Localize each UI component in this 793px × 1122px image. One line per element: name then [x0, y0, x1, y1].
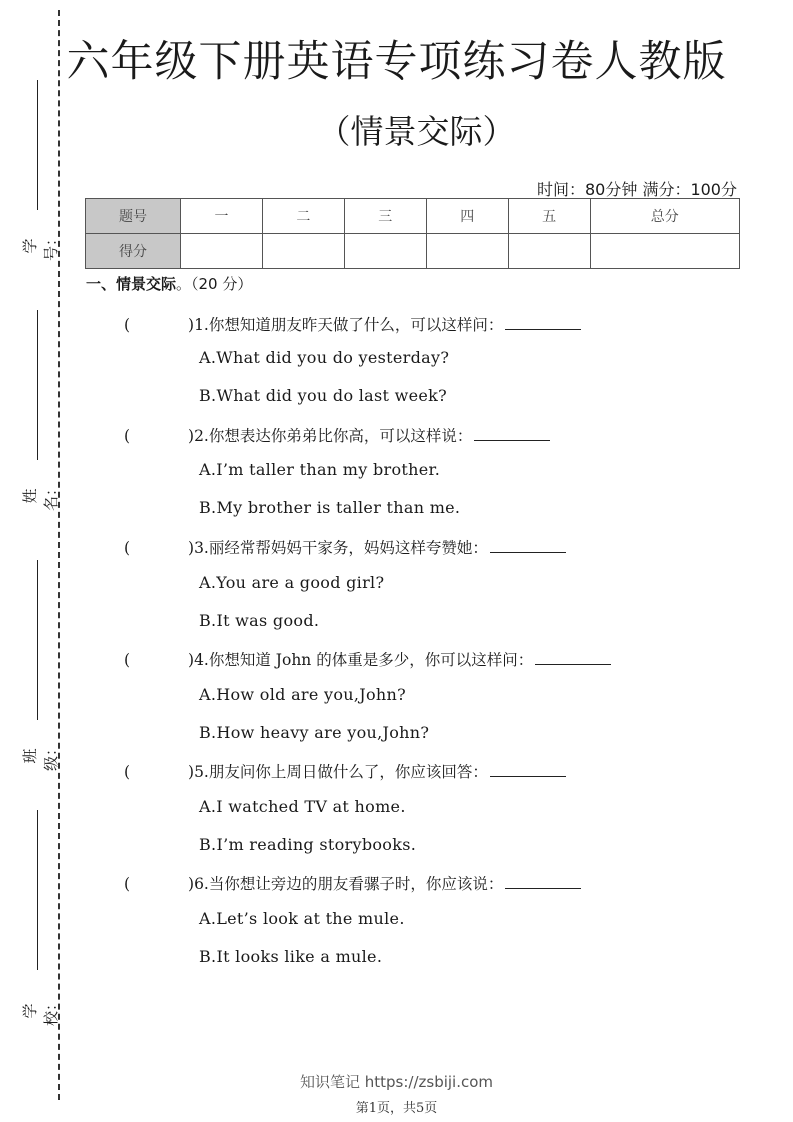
table-row: 题号 一 二 三 四 五 总分: [86, 199, 740, 234]
row-header: 题号: [86, 199, 181, 234]
page-subtitle: （情景交际）: [0, 106, 793, 153]
answer-blank[interactable]: [490, 775, 566, 777]
exam-meta: 时间：80分钟 满分：100分: [537, 177, 737, 200]
option-a: A.You are a good girl?: [199, 573, 384, 592]
option-b: B.How heavy are you,John?: [199, 723, 429, 742]
question-text: 1.你想知道朋友昨天做了什么，可以这样问：: [194, 316, 503, 334]
class-line: [37, 560, 38, 720]
option-a: A.How old are you,John?: [199, 685, 406, 704]
name-label: 姓名：: [19, 476, 61, 516]
page-number: 第1页，共5页: [0, 1097, 793, 1116]
option-b: B.What did you do last week?: [199, 386, 447, 405]
cut-line: [58, 10, 60, 1100]
question-6: ()6.当你想让旁边的朋友看骡子时，你应该说：: [124, 872, 581, 894]
section-heading: 一、情景交际。（20 分）: [86, 273, 252, 294]
column-header: 一: [181, 199, 263, 234]
column-header: 四: [426, 199, 508, 234]
answer-bracket[interactable]: (: [124, 651, 188, 669]
score-cell[interactable]: [426, 234, 508, 269]
answer-bracket[interactable]: (: [124, 539, 188, 557]
answer-bracket[interactable]: (: [124, 763, 188, 781]
school-line: [37, 810, 38, 970]
answer-blank[interactable]: [490, 551, 566, 553]
score-cell[interactable]: [590, 234, 739, 269]
answer-blank[interactable]: [535, 663, 611, 665]
watermark: 知识笔记 https://zsbiji.com: [0, 1071, 793, 1092]
section-points: 。（20 分）: [176, 275, 252, 293]
question-text: 4.你想知道 John 的体重是多少，你可以这样问：: [194, 651, 533, 669]
page-title: 六年级下册英语专项练习卷人教版: [0, 28, 793, 89]
answer-bracket[interactable]: (: [124, 875, 188, 893]
question-2: ()2.你想表达你弟弟比你高，可以这样说：: [124, 424, 550, 446]
question-4: ()4.你想知道 John 的体重是多少，你可以这样问：: [124, 648, 611, 670]
score-cell[interactable]: [262, 234, 344, 269]
name-line: [37, 310, 38, 460]
answer-blank[interactable]: [474, 439, 550, 441]
option-b: B.My brother is taller than me.: [199, 498, 460, 517]
table-row: 得分: [86, 234, 740, 269]
answer-bracket[interactable]: (: [124, 316, 188, 334]
option-a: A.I’m taller than my brother.: [199, 460, 440, 479]
option-b: B.It looks like a mule.: [199, 947, 382, 966]
option-a: A.Let’s look at the mule.: [199, 909, 405, 928]
section-title: 一、情景交际: [86, 275, 176, 293]
class-label: 班级：: [19, 736, 61, 776]
question-text: 6.当你想让旁边的朋友看骡子时，你应该说：: [194, 875, 503, 893]
option-b: B.It was good.: [199, 611, 319, 630]
column-header: 二: [262, 199, 344, 234]
question-5: ()5.朋友问你上周日做什么了，你应该回答：: [124, 760, 566, 782]
score-table: 题号 一 二 三 四 五 总分 得分: [85, 198, 740, 269]
answer-blank[interactable]: [505, 328, 581, 330]
question-text: 3.丽经常帮妈妈干家务，妈妈这样夸赞她：: [194, 539, 488, 557]
question-3: ()3.丽经常帮妈妈干家务，妈妈这样夸赞她：: [124, 536, 566, 558]
student-id-label: 学号：: [19, 226, 61, 266]
school-label: 学校：: [19, 991, 61, 1031]
answer-blank[interactable]: [505, 887, 581, 889]
option-a: A.What did you do yesterday?: [199, 348, 449, 367]
option-b: B.I’m reading storybooks.: [199, 835, 416, 854]
option-a: A.I watched TV at home.: [199, 797, 406, 816]
row-header: 得分: [86, 234, 181, 269]
question-text: 2.你想表达你弟弟比你高，可以这样说：: [194, 427, 472, 445]
column-header: 总分: [590, 199, 739, 234]
answer-bracket[interactable]: (: [124, 427, 188, 445]
column-header: 五: [508, 199, 590, 234]
score-cell[interactable]: [181, 234, 263, 269]
question-1: ()1.你想知道朋友昨天做了什么，可以这样问：: [124, 313, 581, 335]
column-header: 三: [344, 199, 426, 234]
question-text: 5.朋友问你上周日做什么了，你应该回答：: [194, 763, 488, 781]
score-cell[interactable]: [344, 234, 426, 269]
score-cell[interactable]: [508, 234, 590, 269]
